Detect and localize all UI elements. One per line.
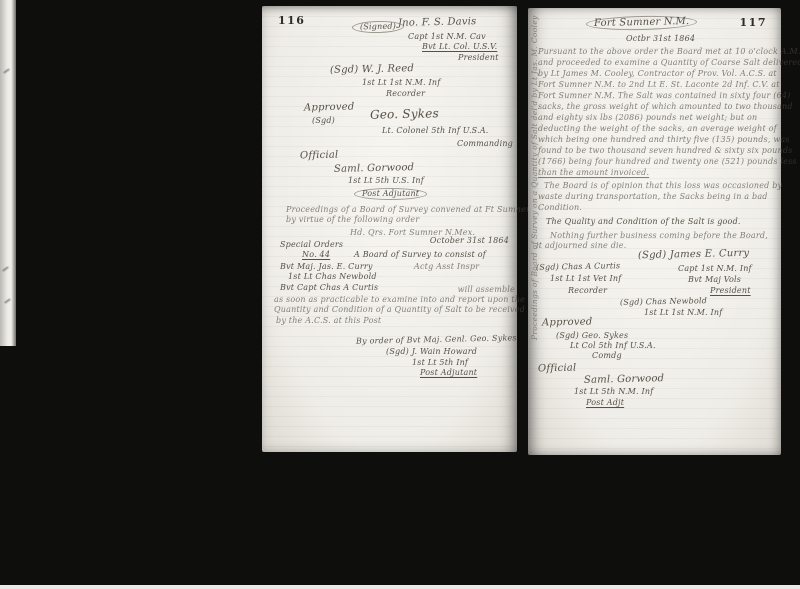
signature-role: Post Adjutant <box>354 188 427 200</box>
body-line: than the amount invoiced. <box>538 169 649 177</box>
closing-line: it adjourned sine die. <box>536 242 626 250</box>
order-number: No. 44 <box>302 251 330 259</box>
ledger-page-116: 116 (Signed) Jno. F. S. Davis Capt 1st N… <box>262 6 517 452</box>
signature-name: Saml. Gorwood <box>334 163 414 175</box>
signature-rank: Lt Col 5th Inf U.S.A. <box>570 342 656 350</box>
place-heading: Fort Sumner N.M. <box>586 15 698 31</box>
signature-rank: 1st Lt 1st N.M. Inf <box>362 79 440 87</box>
signature-name: (Sgd) Geo. Sykes <box>556 332 628 340</box>
signature-name: Jno. F. S. Davis <box>398 17 477 29</box>
signature-rank: Capt 1st N.M. Inf <box>678 265 752 273</box>
signature-rank: 1st Lt 5th Inf <box>412 359 468 367</box>
board-member: Bvt Maj. Jas. E. Curry <box>280 263 373 271</box>
by-order-line: By order of Bvt Maj. Genl. Geo. Sykes <box>356 334 517 345</box>
signature-name: Geo. Sykes <box>370 107 439 120</box>
quality-line: The Quality and Condition of the Salt is… <box>546 218 741 226</box>
signature-name: (Sgd) Chas Newbold <box>620 297 707 307</box>
official-label: Official <box>300 151 339 162</box>
previous-page-edge <box>0 0 16 346</box>
order-text: A Board of Survey to consist of <box>354 251 486 259</box>
closing-line: Nothing further business coming before t… <box>550 232 768 240</box>
body-line: which being one hundred and thirty five … <box>538 136 790 144</box>
signature-name: Saml. Gorwood <box>584 374 664 386</box>
signed-abbrev: (Sgd) <box>312 117 335 125</box>
proceedings-heading: by virtue of the following order <box>286 216 419 224</box>
board-member-note: Actg Asst Inspr <box>414 263 479 271</box>
signature-name: (Sgd) W. J. Reed <box>330 64 414 76</box>
signature-brevet: Bvt Maj Vols <box>688 276 741 284</box>
board-member: Bvt Capt Chas A Curtis <box>280 284 378 292</box>
page-number: 116 <box>278 14 305 27</box>
special-orders-label: Special Orders <box>280 241 343 249</box>
order-text: will assemble <box>458 286 515 294</box>
signature-rank: Lt. Colonel 5th Inf U.S.A. <box>382 127 489 135</box>
signature-role: Commanding <box>457 140 513 148</box>
ledger-page-117: 117 Proceedings of Board of Survey on a … <box>528 8 781 455</box>
signature-brevet: Bvt Lt. Col. U.S.V. <box>422 43 497 51</box>
page-edge-mark <box>3 68 10 74</box>
signature-role: President <box>458 54 499 62</box>
order-date: October 31st 1864 <box>430 237 509 245</box>
signature-role: Recorder <box>568 287 607 295</box>
signature-name: (Sgd) Chas A Curtis <box>536 262 620 272</box>
body-line: found to be two thousand seven hundred &… <box>538 147 792 155</box>
body-line: Fort Sumner N.M. to 2nd Lt E. St. Lacont… <box>538 81 780 89</box>
order-body-line: as soon as practicable to examine into a… <box>274 296 525 304</box>
signature-role: Comdg <box>592 352 622 360</box>
body-line: and eighty six lbs (2086) pounds net wei… <box>538 114 757 122</box>
order-body-line: by the A.C.S. at this Post <box>276 317 381 325</box>
approved-label: Approved <box>304 102 355 113</box>
signature-rank: 1st Lt 1st N.M. Inf <box>644 309 722 317</box>
signed-oval-mark: (Signed) <box>352 20 404 33</box>
body-line: Pursuant to the above order the Board me… <box>538 48 800 56</box>
signature-role: President <box>710 287 751 295</box>
signature-rank: 1st Lt 1st Vet Inf <box>550 275 621 283</box>
page-edge-mark <box>4 298 11 304</box>
page-number: 117 <box>740 16 767 29</box>
body-line: waste during transportation, the Sacks b… <box>538 193 768 201</box>
proceedings-heading: Proceedings of a Board of Survey convene… <box>286 206 530 214</box>
body-line: The Board is of opinion that this loss w… <box>544 182 782 190</box>
approved-label: Approved <box>542 317 593 328</box>
body-line: (1766) being four hundred and twenty one… <box>538 158 797 166</box>
signature-role: Recorder <box>386 90 425 98</box>
signature-name: (Sgd) James E. Curry <box>638 249 749 261</box>
signature-rank: 1st Lt 5th N.M. Inf <box>574 388 653 396</box>
signature-name: (Sgd) J. Wain Howard <box>386 348 477 356</box>
official-label: Official <box>538 364 577 375</box>
scan-bottom-edge <box>0 585 800 589</box>
date-heading: Octbr 31st 1864 <box>626 35 695 43</box>
body-line: Condition. <box>538 204 582 212</box>
body-line: sacks, the gross weight of which amounte… <box>538 103 793 111</box>
body-line: and proceeded to examine a Quantity of C… <box>538 59 800 67</box>
body-line: Fort Sumner N.M. The Salt was contained … <box>538 92 790 100</box>
page-edge-mark <box>2 266 9 272</box>
signature-role: Post Adjt <box>586 399 624 407</box>
scanned-ledger-image: 116 (Signed) Jno. F. S. Davis Capt 1st N… <box>0 0 800 589</box>
signature-rank: Capt 1st N.M. Cav <box>408 33 486 41</box>
order-body-line: Quantity and Condition of a Quantity of … <box>274 306 525 314</box>
board-member: 1st Lt Chas Newbold <box>288 273 377 281</box>
body-line: deducting the weight of the sacks, an av… <box>538 125 777 133</box>
body-line: by Lt James M. Cooley, Contractor of Pro… <box>538 70 777 78</box>
signature-rank: 1st Lt 5th U.S. Inf <box>348 177 424 185</box>
signature-role: Post Adjutant <box>420 369 477 377</box>
